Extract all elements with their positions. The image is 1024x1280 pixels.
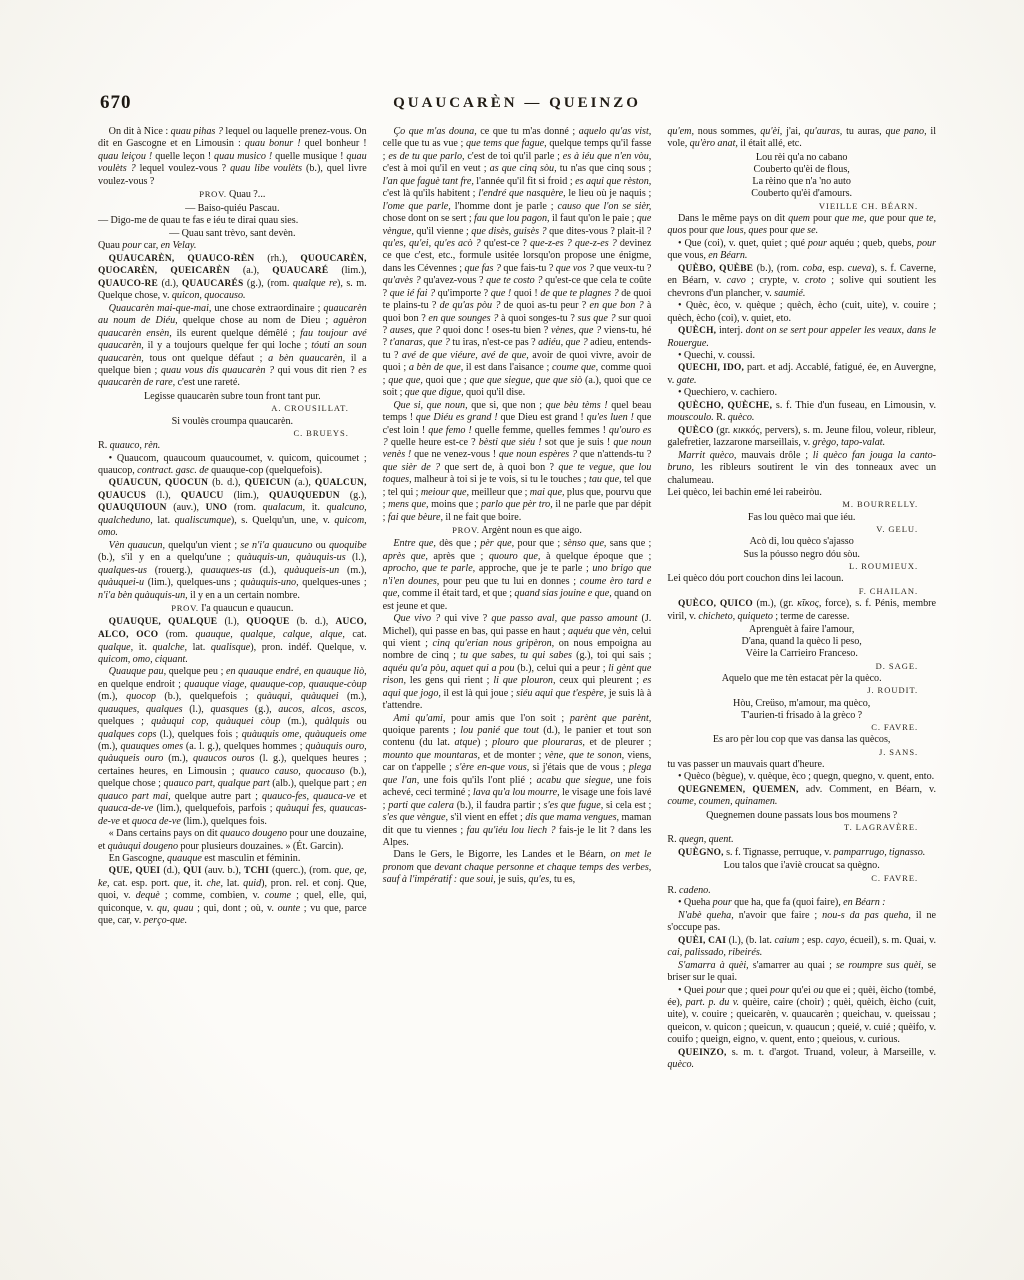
verse-quote: Es aro pèr lou cop que vas dansa las què… bbox=[667, 734, 936, 746]
cross-reference-note: • Queha pour que ha, que fa (quoi faire)… bbox=[667, 897, 936, 909]
author-attribution: D. SAGE. bbox=[667, 661, 936, 671]
paragraph: Dans le même pays on dit quem pour que m… bbox=[667, 213, 936, 238]
verse-quote: Acò di, lou quèco s'ajassoSus la póusso … bbox=[667, 536, 936, 560]
author-attribution: V. GELU. bbox=[667, 524, 936, 534]
dictionary-entry: QUÈCO, QUICO (m.), (gr. κῖκος, force), s… bbox=[667, 598, 936, 623]
paragraph: Dans le Gers, le Bigorre, les Landes et … bbox=[383, 849, 652, 886]
proverb-line: PROV. I'a quaucun e quaucun. bbox=[98, 603, 367, 615]
dictionary-entry: QUAUQUE, QUALQUE (l.), QUOQUE (b. d.), A… bbox=[98, 616, 367, 666]
dictionary-entry: QUÈCO (gr. κικκός, pervers), s. m. Jeune… bbox=[667, 425, 936, 450]
cross-reference-note: • Quei pour que ; quei pour qu'ei ou que… bbox=[667, 985, 936, 1047]
dictionary-entry: QUAUCARÈN, QUAUCO-RÈN (rh.), QUOUCARÈN, … bbox=[98, 253, 367, 303]
column-2: Ço que m'as douna, ce que tu m'as donné … bbox=[383, 126, 652, 1072]
verse-quote: Lou rèi qu'a no cabanoCouberto qu'èi de … bbox=[667, 152, 936, 201]
paragraph: Marrit quèco, mauvais drôle ; li quèco f… bbox=[667, 450, 936, 487]
proverb-line: PROV. Quau ?... bbox=[98, 189, 367, 201]
dictionary-entry: QUEINZO, s. m. t. d'argot. Truand, voleu… bbox=[667, 1047, 936, 1072]
paragraph: N'abè queha, n'avoir que faire ; nou-s d… bbox=[667, 910, 936, 935]
paragraph: tu vas passer un mauvais quart d'heure. bbox=[667, 759, 936, 771]
column-3: qu'em, nous sommes, qu'èi, j'ai, qu'aura… bbox=[667, 126, 936, 1072]
page-number: 670 bbox=[100, 92, 132, 114]
author-attribution: C. FAVRE. bbox=[667, 873, 936, 883]
verse-quote: Aquelo que me tèn estacat pèr la quèco. bbox=[667, 673, 936, 685]
proverb-line: PROV. Argènt noun es que aigo. bbox=[383, 525, 652, 537]
dictionary-entry: QUÈI, CAI (l.), (b. lat. caium ; esp. ca… bbox=[667, 935, 936, 960]
paragraph: Lei quèco, lei bachin emé lei rabeiròu. bbox=[667, 487, 936, 499]
paragraph: Quau pour car, en Velay. bbox=[98, 240, 367, 252]
paragraph: Quaucarèn mai-que-mai, une chose extraor… bbox=[98, 303, 367, 390]
author-attribution: C. BRUEYS. bbox=[98, 428, 367, 438]
verse-quote: Fas lou quèco mai que iéu. bbox=[667, 512, 936, 524]
paragraph: — Digo-me de quau te fas e iéu te dirai … bbox=[98, 215, 367, 227]
dictionary-page: 670 QUAUCARÈN — QUEINZO On dit à Nice : … bbox=[0, 0, 1024, 1280]
paragraph: R. quauco, rèn. bbox=[98, 440, 367, 452]
cross-reference-note: • Que (coi), v. quet, quiet ; qué pour a… bbox=[667, 238, 936, 263]
paragraph: Ço que m'as douna, ce que tu m'as donné … bbox=[383, 126, 652, 400]
text-columns: On dit à Nice : quau pihas ? lequel ou l… bbox=[98, 126, 936, 1072]
cross-reference-note: • Quaucom, quaucoum quaucoumet, v. quico… bbox=[98, 453, 367, 478]
verse-quote: Quegnemen doune passats lous bos moumens… bbox=[667, 810, 936, 822]
dictionary-entry: QUÈCHO, QUÈCHE, s. f. Thie d'un fuseau, … bbox=[667, 400, 936, 425]
dictionary-entry: QUE, QUEI (d.), QUI (auv. b.), TCHI (que… bbox=[98, 865, 367, 927]
paragraph: Que si, que noun, que si, que non ; que … bbox=[383, 400, 652, 524]
paragraph: Quauque pau, quelque peu ; en quauque en… bbox=[98, 666, 367, 828]
dictionary-entry: QUÈBO, QUÈBE (b.), (rom. coba, esp. cuev… bbox=[667, 263, 936, 300]
author-attribution: A. CROUSILLAT. bbox=[98, 403, 367, 413]
verse-quote: Legisse quaucarèn subre toun front tant … bbox=[98, 391, 367, 403]
paragraph: R. cadeno. bbox=[667, 885, 936, 897]
author-attribution: M. BOURRELLY. bbox=[667, 499, 936, 509]
dictionary-entry: QUÈGNO, s. f. Tignasse, perruque, v. pam… bbox=[667, 847, 936, 860]
paragraph: Que vivo ? qui vive ? que passo aval, qu… bbox=[383, 613, 652, 713]
dictionary-entry: QUÈCH, interj. dont on se sert pour appe… bbox=[667, 325, 936, 350]
paragraph: S'amarra à quèi, s'amarrer au quai ; se … bbox=[667, 960, 936, 985]
column-1: On dit à Nice : quau pihas ? lequel ou l… bbox=[98, 126, 367, 1072]
verse-quote: Si voulès croumpa quaucarèn. bbox=[98, 416, 367, 428]
cross-reference-note: • Quechi, v. coussi. bbox=[667, 350, 936, 362]
paragraph: « Dans certains pays on dit quauco douge… bbox=[98, 828, 367, 853]
author-attribution: T. LAGRAVÈRE. bbox=[667, 822, 936, 832]
paragraph: On dit à Nice : quau pihas ? lequel ou l… bbox=[98, 126, 367, 188]
author-attribution: J. SANS. bbox=[667, 747, 936, 757]
author-attribution: L. ROUMIEUX. bbox=[667, 561, 936, 571]
paragraph: qu'em, nous sommes, qu'èi, j'ai, qu'aura… bbox=[667, 126, 936, 151]
page-header: 670 QUAUCARÈN — QUEINZO bbox=[98, 92, 936, 118]
paragraph: Vèn quaucun, quelqu'un vient ; se n'i'a … bbox=[98, 540, 367, 602]
paragraph: Ami qu'ami, pour amis que l'on soit ; pa… bbox=[383, 713, 652, 850]
paragraph: Lei quèco dóu port couchon dins lei laco… bbox=[667, 573, 936, 585]
cross-reference-note: • Quèc, èco, v. quèque ; quèch, ècho (cu… bbox=[667, 300, 936, 325]
cross-reference-note: • Quechiero, v. cachiero. bbox=[667, 387, 936, 399]
paragraph: En Gascogne, quauque est masculin et fém… bbox=[98, 853, 367, 865]
running-head: QUAUCARÈN — QUEINZO bbox=[98, 92, 936, 112]
author-attribution: J. ROUDIT. bbox=[667, 685, 936, 695]
author-attribution: VIEILLE CH. BÉARN. bbox=[667, 201, 936, 211]
paragraph: R. quegn, quent. bbox=[667, 834, 936, 846]
author-attribution: C. FAVRE. bbox=[667, 722, 936, 732]
verse-quote: — Quau sant trèvo, sant devèn. bbox=[98, 228, 367, 240]
dictionary-entry: QUECHI, IDO, part. et adj. Accablé, fati… bbox=[667, 362, 936, 387]
verse-quote: Lou talos que i'aviè croucat sa quègno. bbox=[667, 860, 936, 872]
dictionary-entry: QUEGNEMEN, QUEMEN, adv. Comment, en Béar… bbox=[667, 784, 936, 809]
dictionary-entry: QUAUCUN, QUOCUN (b. d.), QUEICUN (a.), Q… bbox=[98, 477, 367, 539]
paragraph: Entre que, dès que ; pèr que, pour que ;… bbox=[383, 538, 652, 613]
verse-quote: Hòu, Creüso, m'amour, ma quèco,T'aurien-… bbox=[667, 698, 936, 722]
cross-reference-note: • Quèco (bègue), v. quèque, èco ; quegn,… bbox=[667, 771, 936, 783]
verse-quote: Aprenguèt à faire l'amour,D'ana, quand l… bbox=[667, 624, 936, 661]
verse-quote: — Baiso-quiéu Pascau. bbox=[98, 203, 367, 215]
author-attribution: F. CHAILAN. bbox=[667, 586, 936, 596]
